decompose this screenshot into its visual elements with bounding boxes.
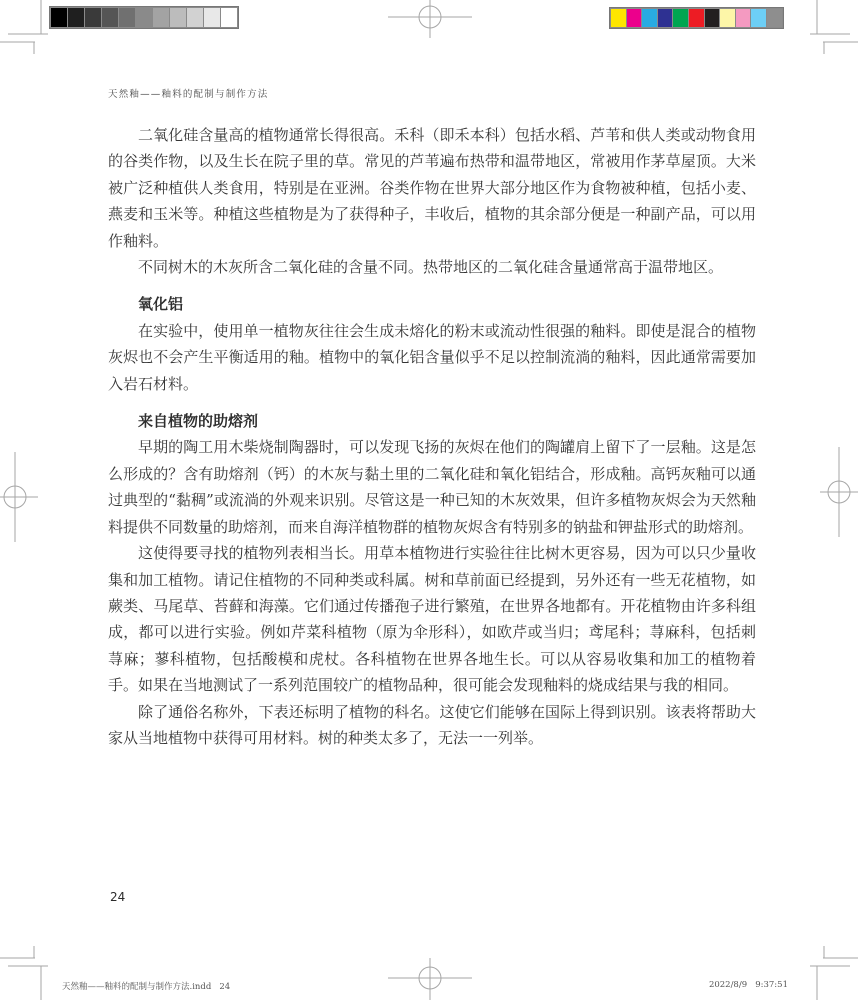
calibration-swatch bbox=[736, 9, 751, 27]
running-head: 天然釉——釉料的配制与制作方法 bbox=[108, 86, 269, 100]
calibration-swatch bbox=[658, 9, 673, 27]
calibration-swatch bbox=[204, 8, 220, 27]
calibration-swatch bbox=[136, 8, 152, 27]
calibration-swatch bbox=[689, 9, 704, 27]
paragraph-silica-plants: 二氧化硅含量高的植物通常长得很高。禾科（即禾本科）包括水稻、芦苇和供人类或动物食… bbox=[108, 122, 756, 254]
calibration-swatch bbox=[642, 9, 657, 27]
footer-filename: 天然釉——釉料的配制与制作方法.indd 24 bbox=[62, 980, 230, 992]
paragraph-early-potters: 早期的陶工用木柴烧制陶器时，可以发现飞扬的灰烬在他们的陶罐肩上留下了一层釉。这是… bbox=[108, 434, 756, 540]
calibration-swatch bbox=[119, 8, 135, 27]
registration-mark-top bbox=[388, 0, 472, 38]
calibration-swatch bbox=[720, 9, 735, 27]
calibration-swatch bbox=[611, 9, 626, 27]
crop-mark-top-right bbox=[810, 0, 858, 54]
calibration-swatch bbox=[627, 9, 642, 27]
grayscale-calibration-bar bbox=[49, 6, 239, 29]
paragraph-wood-ash-silica: 不同树木的木灰所含二氧化硅的含量不同。热带地区的二氧化硅含量通常高于温带地区。 bbox=[108, 254, 756, 280]
paragraph-plant-list: 这使得要寻找的植物列表相当长。用草本植物进行实验往往比树木更容易，因为可以只少量… bbox=[108, 540, 756, 698]
crop-mark-top-left bbox=[0, 0, 48, 54]
registration-mark-bottom bbox=[388, 958, 472, 1000]
calibration-swatch bbox=[751, 9, 766, 27]
calibration-swatch bbox=[153, 8, 169, 27]
calibration-swatch bbox=[767, 9, 782, 27]
calibration-swatch bbox=[187, 8, 203, 27]
section-heading-alumina: 氧化铝 bbox=[108, 291, 756, 317]
crop-mark-bottom-left bbox=[0, 946, 48, 1000]
calibration-swatch bbox=[102, 8, 118, 27]
paragraph-alumina: 在实验中，使用单一植物灰往往会生成未熔化的粉末或流动性很强的釉料。即使是混合的植… bbox=[108, 318, 756, 397]
calibration-swatch bbox=[705, 9, 720, 27]
section-heading-plant-flux: 来自植物的助熔剂 bbox=[108, 408, 756, 434]
registration-mark-left bbox=[0, 452, 38, 542]
calibration-swatch bbox=[51, 8, 67, 27]
registration-mark-right bbox=[820, 447, 858, 537]
calibration-swatch bbox=[85, 8, 101, 27]
calibration-swatch bbox=[68, 8, 84, 27]
color-calibration-bar bbox=[609, 7, 784, 29]
paragraph-family-names: 除了通俗名称外，下表还标明了植物的科名。这使它们能够在国际上得到识别。该表将帮助… bbox=[108, 699, 756, 752]
calibration-swatch bbox=[221, 8, 237, 27]
page-number: 24 bbox=[110, 890, 125, 904]
footer-timestamp: 2022/8/9 9:37:51 bbox=[709, 980, 788, 990]
calibration-swatch bbox=[170, 8, 186, 27]
calibration-swatch bbox=[673, 9, 688, 27]
crop-mark-bottom-right bbox=[810, 946, 858, 1000]
article-column: 二氧化硅含量高的植物通常长得很高。禾科（即禾本科）包括水稻、芦苇和供人类或动物食… bbox=[108, 122, 756, 751]
